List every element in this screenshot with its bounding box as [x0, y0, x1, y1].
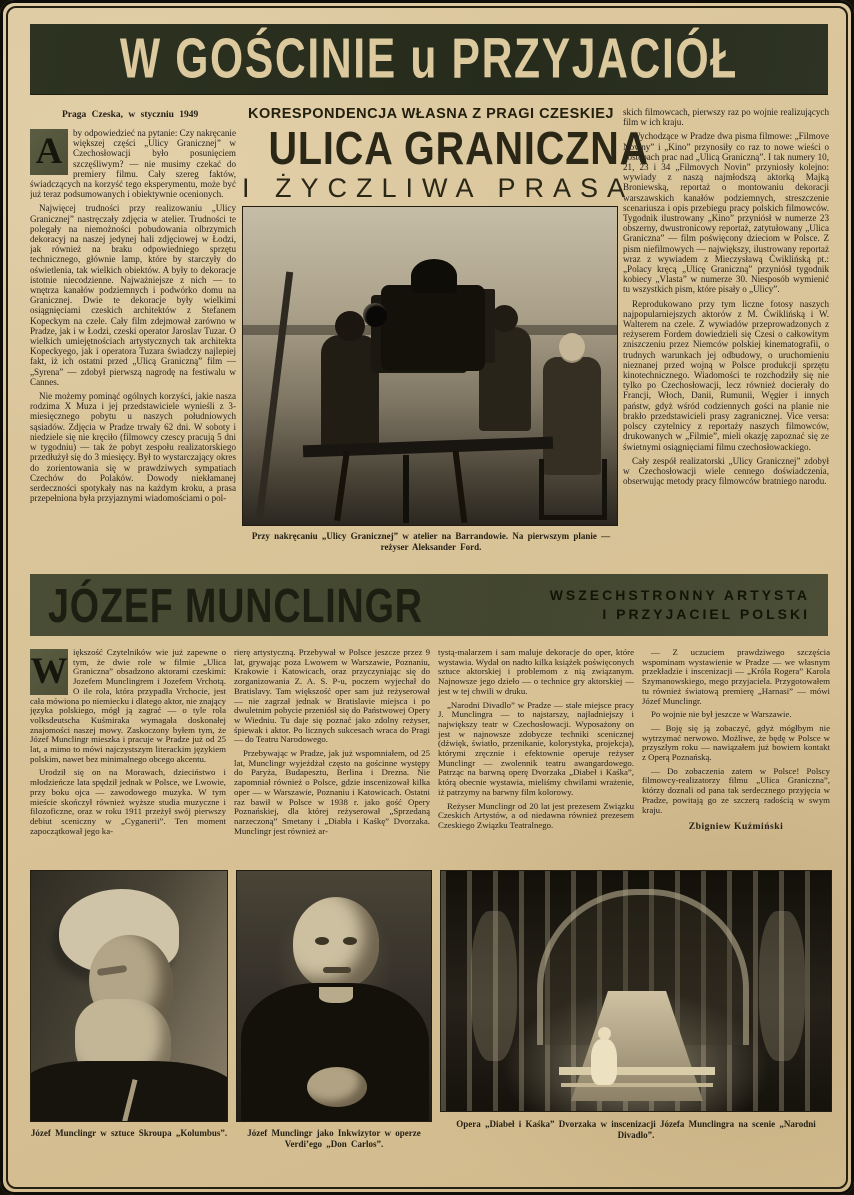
performer-head-shape — [598, 1027, 611, 1040]
article1-subtitle: I ŻYCZLIWA PRASA — [242, 173, 620, 204]
stage-ornament-shape — [471, 911, 517, 1061]
director-head-shape — [559, 333, 585, 361]
hands-shape — [307, 1067, 367, 1107]
mouth-shape — [323, 967, 351, 973]
eye-shape — [343, 937, 357, 945]
article2-column4: — Z uczuciem prawdziwego szczęścia wspom… — [642, 648, 830, 864]
camera-lens-shape — [363, 303, 387, 327]
paragraph: „Narodni Divadlo” w Pradze — stałe miejs… — [438, 701, 634, 798]
paragraph: — Do zobaczenia zatem w Polsce! Polscy f… — [642, 767, 830, 816]
stage-photo-caption: Opera „Diabeł i Kaśka” Dvorzaka w inscen… — [440, 1119, 832, 1141]
paragraph: — Boję się ją zobaczyć, gdyż mógłbym nie… — [642, 724, 830, 763]
stage-ornament-shape — [759, 911, 805, 1061]
article2-headline-banner: JÓZEF MUNCLINGR WSZECHSTRONNY ARTYSTA I … — [30, 574, 828, 636]
film-set-photo-caption: Przy nakręcaniu „Ulicy Granicznej” w ate… — [242, 531, 620, 553]
dropcap-w: W — [30, 649, 68, 695]
dateline: Praga Czeska, w styczniu 1949 — [62, 110, 242, 120]
head-shape — [293, 897, 379, 989]
paragraph: rierę artystyczną. Przebywał w Polsce je… — [234, 648, 430, 745]
paragraph: Najwięcej trudności przy realizowaniu „U… — [30, 203, 236, 387]
main-headline-banner: W GOŚCINIE u PRZYJACIÓŁ — [30, 24, 828, 94]
portrait-photo-kolumbus — [30, 870, 228, 1122]
tripod-leg-shape — [403, 455, 409, 523]
stage-set-photo — [440, 870, 832, 1112]
paragraph: Wychodzące w Pradze dwa pisma filmowe: „… — [623, 131, 829, 294]
paragraph: Po wojnie nie był jeszcze w Warszawie. — [642, 710, 830, 720]
article2-subtitle-line2: I PRZYJACIEL POLSKI — [550, 605, 810, 624]
film-magazine-shape — [411, 259, 457, 293]
paragraph: Aby odpowiedzieć na pytanie: Czy nakręca… — [30, 128, 236, 199]
article2-subtitle-line1: WSZECHSTRONNY ARTYSTA — [550, 586, 810, 605]
article2-column1: Większość Czytelników wie już zapewne o … — [30, 648, 226, 864]
paragraph: tystą-malarzem i sam maluje dekoracje do… — [438, 648, 634, 697]
paragraph: Przebywając w Pradze, jak już wspomniałe… — [234, 749, 430, 836]
performer-silhouette — [591, 1039, 617, 1085]
paragraph: Nie możemy pominąć ogólnych korzyści, ja… — [30, 391, 236, 503]
paragraph: Większość Czytelników wie już zapewne o … — [30, 648, 226, 764]
tripod-leg-shape — [334, 451, 350, 521]
article1-right-column: skich filmowcach, pierwszy raz po wojnie… — [623, 107, 829, 569]
author-byline: Zbigniew Kuźmiński — [642, 822, 830, 832]
collar-shape — [319, 987, 353, 1003]
paragraph: Reżyser Munclingr od 20 lat jest prezese… — [438, 802, 634, 831]
paragraph: Reprodukowano przy tym liczne fotosy nas… — [623, 299, 829, 452]
paragraph: Cały zespół realizatorski „Ulicy Granicz… — [623, 456, 829, 487]
kolumbus-photo-caption: Józef Munclingr w sztuce Skroupa „Kolumb… — [30, 1128, 228, 1139]
paragraph: skich filmowcach, pierwszy raz po wojnie… — [623, 107, 829, 127]
article1-left-column: Aby odpowiedzieć na pytanie: Czy nakręca… — [30, 128, 236, 610]
article1-kicker: KORESPONDENCJA WŁASNA Z PRAGI CZESKIEJ — [242, 106, 620, 122]
paragraph: — Z uczuciem prawdziwego szczęścia wspom… — [642, 648, 830, 706]
article1-title: ULICA GRANICZNA — [268, 124, 593, 172]
crew-head-shape — [335, 311, 365, 341]
main-headline: W GOŚCINIE u PRZYJACIÓŁ — [120, 27, 738, 92]
article2-column2: rierę artystyczną. Przebywał w Polsce je… — [234, 648, 430, 864]
article2-subtitle: WSZECHSTRONNY ARTYSTA I PRZYJACIEL POLSK… — [550, 586, 810, 624]
chair-shape — [539, 459, 607, 520]
director-silhouette — [543, 357, 601, 475]
article1-header: KORESPONDENCJA WŁASNA Z PRAGI CZESKIEJ U… — [242, 106, 620, 204]
set-rail-shape — [256, 272, 293, 521]
stage-steps-shape — [559, 1067, 715, 1075]
eye-shape — [315, 937, 329, 945]
tripod-leg-shape — [453, 451, 468, 523]
dropcap-a: A — [30, 129, 68, 175]
crew-silhouette — [479, 327, 531, 431]
article2-column3: tystą-malarzem i sam maluje dekoracje do… — [438, 648, 634, 864]
crew-silhouette — [321, 335, 379, 455]
magazine-page: W GOŚCINIE u PRZYJACIÓŁ Praga Czeska, w … — [0, 0, 854, 1195]
crew-head-shape — [491, 305, 518, 332]
article2-title: JÓZEF MUNCLINGR — [48, 577, 423, 634]
film-set-photo — [242, 206, 618, 526]
paragraph: Urodził się on na Morawach, dzieciństwo … — [30, 768, 226, 836]
don-carlos-photo-caption: Józef Munclingr jako Inkwizytor w operze… — [236, 1128, 432, 1150]
portrait-photo-don-carlos — [236, 870, 432, 1122]
film-camera-silhouette — [381, 285, 485, 371]
